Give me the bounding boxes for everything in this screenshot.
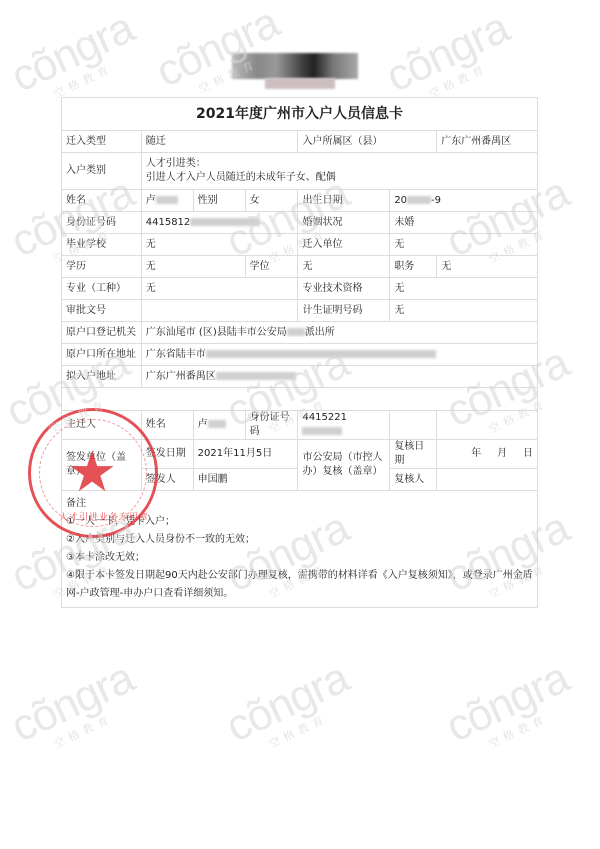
category-line2: 引进人才入户人员随迁的未成年子女、配偶 [146, 171, 533, 185]
redacted [302, 427, 342, 435]
school-label: 毕业学校 [62, 234, 142, 256]
district-label: 入户所属区（县） [298, 131, 437, 153]
redacted [206, 350, 436, 358]
orig-authority-label: 原户口登记机关 [62, 322, 142, 344]
marital-label: 婚姻状况 [298, 212, 390, 234]
id-value: 4415812 [141, 212, 298, 234]
blank-row [62, 388, 538, 411]
review-date-label: 复核日期 [390, 440, 437, 469]
redacted [216, 372, 296, 380]
orig-address-value: 广东省陆丰市 [141, 344, 537, 366]
qualification-label: 专业技术资格 [298, 278, 390, 300]
unit-value: 无 [390, 234, 538, 256]
marital-value: 未婚 [390, 212, 538, 234]
orig-authority-prefix: 广东汕尾市 (区)县陆丰市公安局 [146, 327, 287, 338]
name-value: 卢 [141, 190, 193, 212]
note-item: ③本卡涂改无效； [66, 549, 533, 567]
watermark: cõngra空格教育 [440, 656, 582, 765]
approval-label: 审批文号 [62, 300, 142, 322]
major-label: 专业（工种） [62, 278, 142, 300]
migration-type-label: 迁入类型 [62, 131, 142, 153]
note-item: ②入户类别与迁入人员身份不一致的无效； [66, 531, 533, 549]
redacted-header-sub [265, 78, 335, 89]
name-label: 姓名 [62, 190, 142, 212]
main-id-text: 4415221 [302, 412, 347, 423]
category-label: 入户类别 [62, 153, 142, 190]
review-day: 日 [523, 448, 533, 459]
degree-value: 无 [298, 256, 390, 278]
watermark: cõngra空格教育 [220, 656, 362, 765]
migration-type-value: 随迁 [141, 131, 298, 153]
birth-suffix: -9 [431, 195, 441, 206]
major-value: 无 [141, 278, 298, 300]
main-name-label: 姓名 [141, 411, 193, 440]
birth-prefix: 20 [394, 195, 407, 206]
police-review-label: 市公安局（市控人办）复核（盖章） [298, 440, 390, 491]
name-text: 卢 [146, 195, 156, 206]
main-id-value: 4415221 [298, 411, 390, 440]
orig-address-label: 原户口所在地址 [62, 344, 142, 366]
card-title: 2021年度广州市入户人员信息卡 [62, 98, 538, 131]
district-value: 广东广州番禺区 [437, 131, 538, 153]
approval-value [141, 300, 298, 322]
redacted [190, 218, 260, 226]
issue-date-value: 2021年11月5日 [193, 440, 298, 469]
stamp-bottom-text: 人才引进业务专用章 [59, 510, 149, 523]
gender-value: 女 [245, 190, 298, 212]
new-address-text: 广东广州番禺区 [146, 371, 216, 382]
main-id-label: 身份证号码 [245, 411, 298, 440]
id-text: 4415812 [146, 217, 191, 228]
star-icon: ★ [67, 445, 117, 501]
id-label: 身份证号码 [62, 212, 142, 234]
redacted [208, 420, 226, 428]
school-value: 无 [141, 234, 298, 256]
category-line1: 人才引进类： [146, 157, 533, 171]
redacted-header [232, 53, 358, 79]
note-item: ④限于本卡签发日期起90天内赴公安部门办理复核，需携带的材料详看《入户复核须知》… [66, 567, 533, 603]
education-label: 学历 [62, 256, 142, 278]
review-year: 年 [471, 448, 481, 459]
category-value: 人才引进类： 引进人才入户人员随迁的未成年子女、配偶 [141, 153, 537, 190]
signer-value: 申国鹏 [193, 469, 298, 491]
gender-label: 性别 [193, 190, 245, 212]
new-address-value: 广东广州番禺区 [141, 366, 537, 388]
main-name-value: 卢 [193, 411, 245, 440]
redacted [156, 196, 178, 204]
empty-cell [390, 411, 437, 440]
new-address-label: 拟入户地址 [62, 366, 142, 388]
degree-label: 学位 [245, 256, 298, 278]
watermark: cõngra空格教育 [5, 656, 147, 765]
position-value: 无 [437, 256, 538, 278]
qualification-value: 无 [390, 278, 538, 300]
reviewer-label: 复核人 [390, 469, 437, 491]
main-name-text: 卢 [198, 419, 208, 430]
birth-value: 20-9 [390, 190, 538, 212]
info-card-table: 2021年度广州市入户人员信息卡 迁入类型 随迁 入户所属区（县） 广东广州番禺… [61, 97, 538, 608]
position-label: 职务 [390, 256, 437, 278]
official-stamp: ★ 人才引进业务专用章 [28, 408, 158, 538]
review-date-value: 年 月 日 [437, 440, 538, 469]
orig-address-text: 广东省陆丰市 [146, 349, 206, 360]
family-plan-label: 计生证明号码 [298, 300, 390, 322]
empty-cell [437, 411, 538, 440]
birth-label: 出生日期 [298, 190, 390, 212]
unit-label: 迁入单位 [298, 234, 390, 256]
reviewer-value [437, 469, 538, 491]
review-month: 月 [497, 448, 507, 459]
education-value: 无 [141, 256, 245, 278]
orig-authority-suffix: 派出所 [305, 327, 335, 338]
orig-authority-value: 广东汕尾市 (区)县陆丰市公安局派出所 [141, 322, 537, 344]
redacted [407, 196, 431, 204]
family-plan-value: 无 [390, 300, 538, 322]
redacted [287, 328, 305, 336]
